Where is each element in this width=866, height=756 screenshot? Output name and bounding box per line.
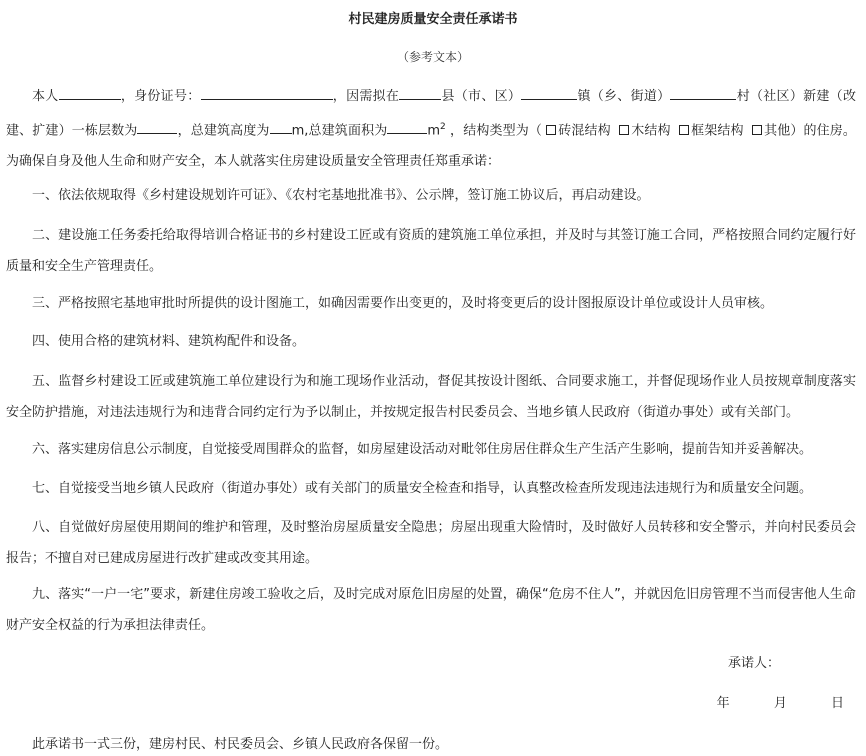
floors-blank[interactable]	[137, 121, 177, 134]
intro-text: 本人	[32, 89, 59, 104]
intro-text: m,总建筑面积为	[292, 123, 388, 138]
intro-paragraph: 本人，身份证号：，因需拟在县（市、区）镇（乡、街道）村（社区）新建（改建、扩建）…	[6, 81, 856, 177]
clause-9: 九、落实“一户一宅”要求，新建住房竣工验收之后，及时完成对原危旧房屋的处置，确保…	[6, 579, 856, 641]
unit-text: m	[427, 123, 440, 138]
intro-text: ，因需拟在	[333, 89, 400, 104]
height-blank[interactable]	[270, 121, 292, 134]
clause-1: 一、依法依规取得《乡村建设规划许可证》、《农村宅基地批准书》、公示牌，签订施工协…	[6, 180, 856, 211]
town-blank[interactable]	[521, 87, 577, 100]
name-blank[interactable]	[59, 87, 121, 100]
clause-6: 六、落实建房信息公示制度，自觉接受周围群众的监督，如房屋建设活动对毗邻住房居住群…	[6, 434, 856, 465]
clause-3: 三、严格按照宅基地审批时所提供的设计图施工，如确因需要作出变更的，及时将变更后的…	[6, 288, 856, 319]
intro-text: 县（市、区）	[441, 89, 521, 104]
signature-label: 承诺人：	[728, 652, 780, 671]
intro-text: ，总建筑高度为	[177, 123, 269, 138]
clause-8: 八、自觉做好房屋使用期间的维护和管理，及时整治房屋质量安全隐患；房屋出现重大险情…	[6, 512, 856, 574]
checkbox-brick[interactable]	[546, 125, 556, 135]
area-blank[interactable]	[387, 121, 427, 134]
option-label: 砖混结构	[558, 123, 611, 138]
intro-text: 镇（乡、街道）	[577, 89, 670, 104]
document-subtitle: （参考文本）	[0, 48, 866, 65]
clause-7: 七、自觉接受当地乡镇人民政府（街道办事处）或有关部门的质量安全检查和指导，认真整…	[6, 473, 856, 504]
checkbox-wood[interactable]	[619, 125, 629, 135]
clause-2: 二、建设施工任务委托给取得培训合格证书的乡村建设工匠或有资质的建筑施工单位承担，…	[6, 220, 856, 282]
footer-note: 此承诺书一式三份，建房村民、村民委员会、乡镇人民政府各保留一份。	[32, 733, 448, 752]
clause-4: 四、使用合格的建筑材料、建筑构配件和设备。	[6, 326, 856, 357]
date-day: 日	[831, 696, 844, 711]
village-blank[interactable]	[670, 87, 736, 100]
option-label: 其他	[764, 123, 790, 138]
id-number-blank[interactable]	[201, 87, 333, 100]
county-blank[interactable]	[399, 87, 441, 100]
option-label: 木结构	[631, 123, 671, 138]
date-month: 月	[774, 696, 787, 711]
document-title: 村民建房质量安全责任承诺书	[0, 8, 866, 27]
intro-text: ，身份证号：	[121, 89, 201, 104]
date-line: 年 月 日	[695, 692, 844, 711]
date-year: 年	[717, 696, 730, 711]
checkbox-other[interactable]	[752, 125, 762, 135]
intro-text: ，结构类型为（	[446, 123, 542, 138]
option-label: 框架结构	[691, 123, 744, 138]
checkbox-frame[interactable]	[679, 125, 689, 135]
clause-5: 五、监督乡村建设工匠或建筑施工单位建设行为和施工现场作业活动，督促其按设计图纸、…	[6, 366, 856, 428]
